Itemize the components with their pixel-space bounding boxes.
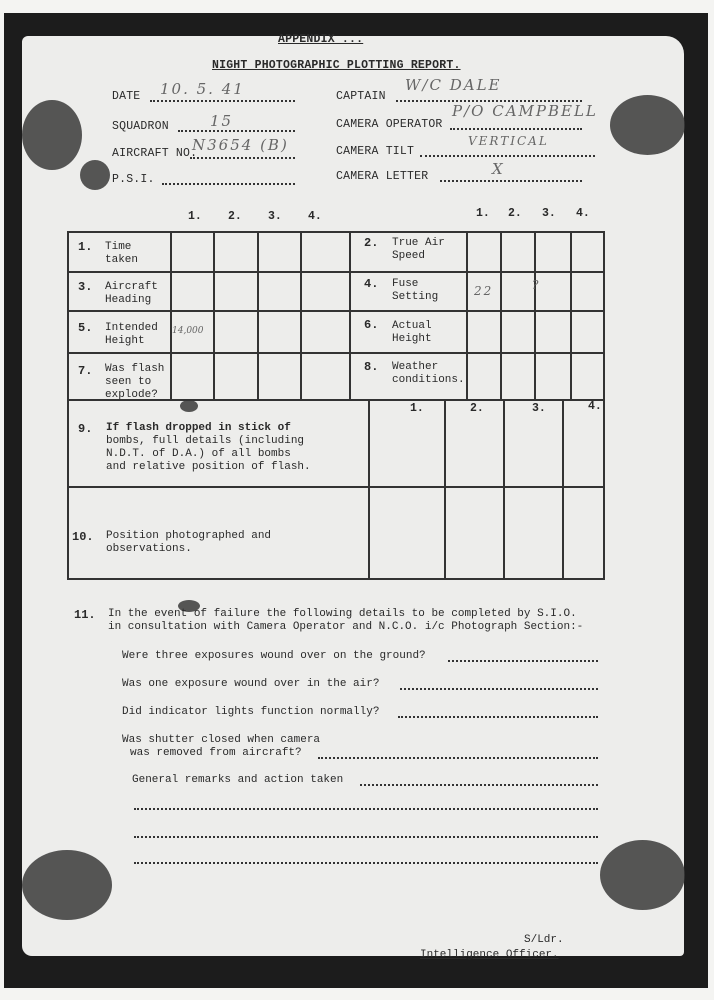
section-text: Position photographed and [106,530,271,543]
section-number: 10. [72,530,94,544]
col-header-right-2: 2. [508,207,522,220]
section-text: observations. [106,543,192,556]
cell-value: ? [532,278,540,292]
field-label: CAPTAIN [336,90,386,103]
field-label: SQUADRON [112,120,169,133]
fill-line[interactable] [440,180,582,182]
answer-line[interactable] [360,784,598,786]
answer-line[interactable] [134,808,598,810]
appendix-label: APPENDIX ... [278,33,363,46]
answer-line[interactable] [398,716,598,718]
section-number: 11. [74,608,96,622]
fill-line[interactable] [150,100,295,102]
field-value: X [492,160,505,178]
section-text: and relative position of flash. [106,461,311,474]
field-label: CAMERA OPERATOR [336,118,443,131]
col-header-right-4: 4. [576,207,590,220]
col-header: 3. [532,402,546,415]
answer-line[interactable] [448,660,598,662]
row-number: 5. [78,321,92,335]
fill-line[interactable] [450,128,582,130]
question-label: was removed from aircraft? [130,747,302,760]
answer-line[interactable] [134,836,598,838]
answer-line[interactable] [400,688,598,690]
row-label: Height [105,335,145,348]
col-header-right-1: 1. [476,207,490,220]
section-text: N.D.T. of D.A.) of all bombs [106,448,291,461]
row-label: Actual [392,320,432,333]
field-label: CAMERA TILT [336,145,414,158]
row-label: Was flash [105,363,164,376]
section-text: In the event of failure the following de… [108,608,577,621]
row-number: 7. [78,364,92,378]
field-label: CAMERA LETTER [336,170,428,183]
row-number: 8. [364,360,378,374]
burn-stain [22,850,112,920]
fill-line[interactable] [178,130,295,132]
row-label: conditions. [392,374,465,387]
cell-value: 22 [474,284,493,298]
signature-rank: S/Ldr. [524,934,564,947]
col-header: 1. [410,402,424,415]
fill-line[interactable] [162,183,295,185]
burn-stain [600,840,685,910]
field-label: AIRCRAFT NO. [112,147,197,160]
row-label: Heading [105,294,151,307]
row-label: Intended [105,322,158,335]
row-label: taken [105,254,138,267]
row-number: 3. [78,280,92,294]
fill-line[interactable] [420,155,595,157]
row-label: Height [392,333,432,346]
field-value: 15 [210,112,233,130]
row-number: 1. [78,240,92,254]
fill-line[interactable] [190,157,295,159]
question-label: Did indicator lights function normally? [122,706,379,719]
burn-stain [80,160,110,190]
section-text: in consultation with Camera Operator and… [108,621,583,634]
row-label: True Air [392,237,445,250]
row-label: Aircraft [105,281,158,294]
section-number: 9. [78,422,92,436]
row-label: seen to [105,376,151,389]
burn-stain [610,95,685,155]
row-label: explode? [105,389,158,402]
col-header-left-3: 3. [268,210,282,223]
col-header-left-2: 2. [228,210,242,223]
answer-line[interactable] [134,862,598,864]
row-label: Setting [392,291,438,304]
report-title: NIGHT PHOTOGRAPHIC PLOTTING REPORT. [212,59,461,72]
field-value: VERTICAL [468,134,549,148]
row-label: Speed [392,250,425,263]
question-label: Was shutter closed when camera [122,734,320,747]
row-label: Fuse [392,278,418,291]
signature-title: Intelligence Officer. [420,949,559,962]
col-header-right-3: 3. [542,207,556,220]
question-label: General remarks and action taken [132,774,343,787]
cell-value: 14,000 [172,326,204,336]
field-value: N3654 (B) [192,136,289,154]
col-header: 4. [588,400,602,413]
section-text: If flash dropped in stick of [106,422,291,435]
col-header-left-1: 1. [188,210,202,223]
row-number: 4. [364,277,378,291]
question-label: Were three exposures wound over on the g… [122,650,426,663]
col-header-left-4: 4. [308,210,322,223]
field-label: P.S.I. [112,173,155,186]
question-label: Was one exposure wound over in the air? [122,678,379,691]
col-header: 2. [470,402,484,415]
row-number: 6. [364,318,378,332]
field-label: DATE [112,90,140,103]
section-text: bombs, full details (including [106,435,304,448]
row-label: Time [105,241,131,254]
row-label: Weather [392,361,438,374]
answer-line[interactable] [318,757,598,759]
field-value: 10. 5. 41 [160,80,245,98]
field-value: P/O CAMPBELL [452,102,598,120]
field-value: W/C DALE [405,76,502,94]
burn-stain [22,100,82,170]
row-number: 2. [364,236,378,250]
ink-blot [180,400,198,412]
